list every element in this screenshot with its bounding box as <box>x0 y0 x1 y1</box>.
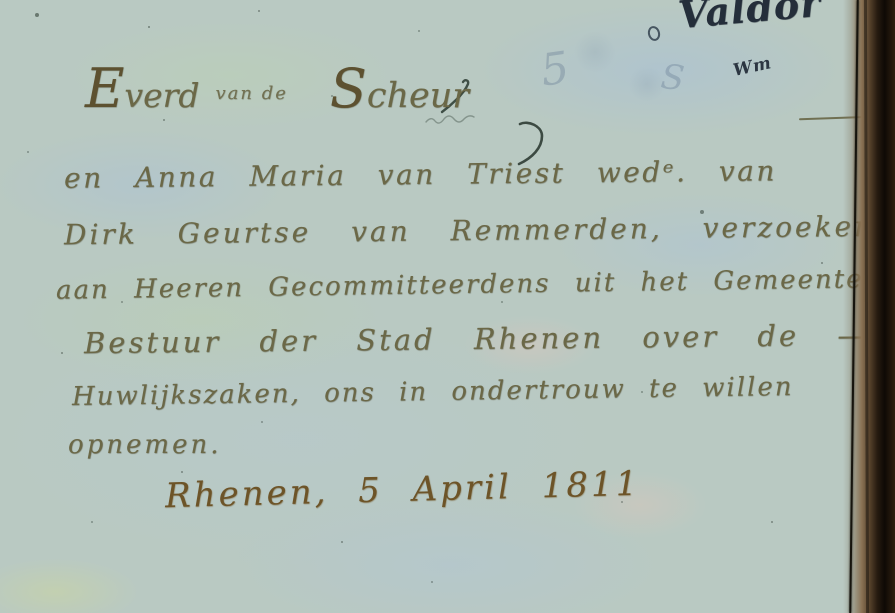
text-line-city-board: Bestuur der Stad Rhenen over de — <box>84 318 870 360</box>
stamp-digit: 5 <box>538 42 573 96</box>
clerk-signature: Valdor <box>676 0 822 37</box>
stamp-letter: S <box>659 57 686 99</box>
name-vande: van de <box>216 83 288 104</box>
scanned-register-page: 5 S Valdor Wm Everdvan deScheur en Anna … <box>0 0 895 613</box>
embossed-blind-stamp: 5 S <box>535 10 700 122</box>
paper-specks <box>0 0 2 2</box>
name-everd: Everd <box>85 76 200 115</box>
text-line-late-husband: Dirk Geurtse van Remmerden, verzoeken <box>64 210 875 251</box>
text-line-date: Rhenen, 5 April 1811 <box>165 464 641 516</box>
text-line-committee: aan Heeren Gecommitteerdens uit het Geme… <box>56 264 864 305</box>
name-scheur: Scheur <box>330 76 469 116</box>
binding-crease-line <box>849 0 858 613</box>
initials-scribble: Wm <box>731 53 773 81</box>
book-binding-edge <box>843 0 895 613</box>
text-line-bride: en Anna Maria van Triest wedᵉ. van <box>64 154 777 194</box>
text-line-names: Everdvan deScheur <box>85 76 469 116</box>
binding-crease-line <box>864 0 869 613</box>
text-line-banns-request: Huwlijkszaken, ons in ondertrouw te will… <box>72 372 794 412</box>
text-line-opnemen: opnemen. <box>68 430 221 460</box>
